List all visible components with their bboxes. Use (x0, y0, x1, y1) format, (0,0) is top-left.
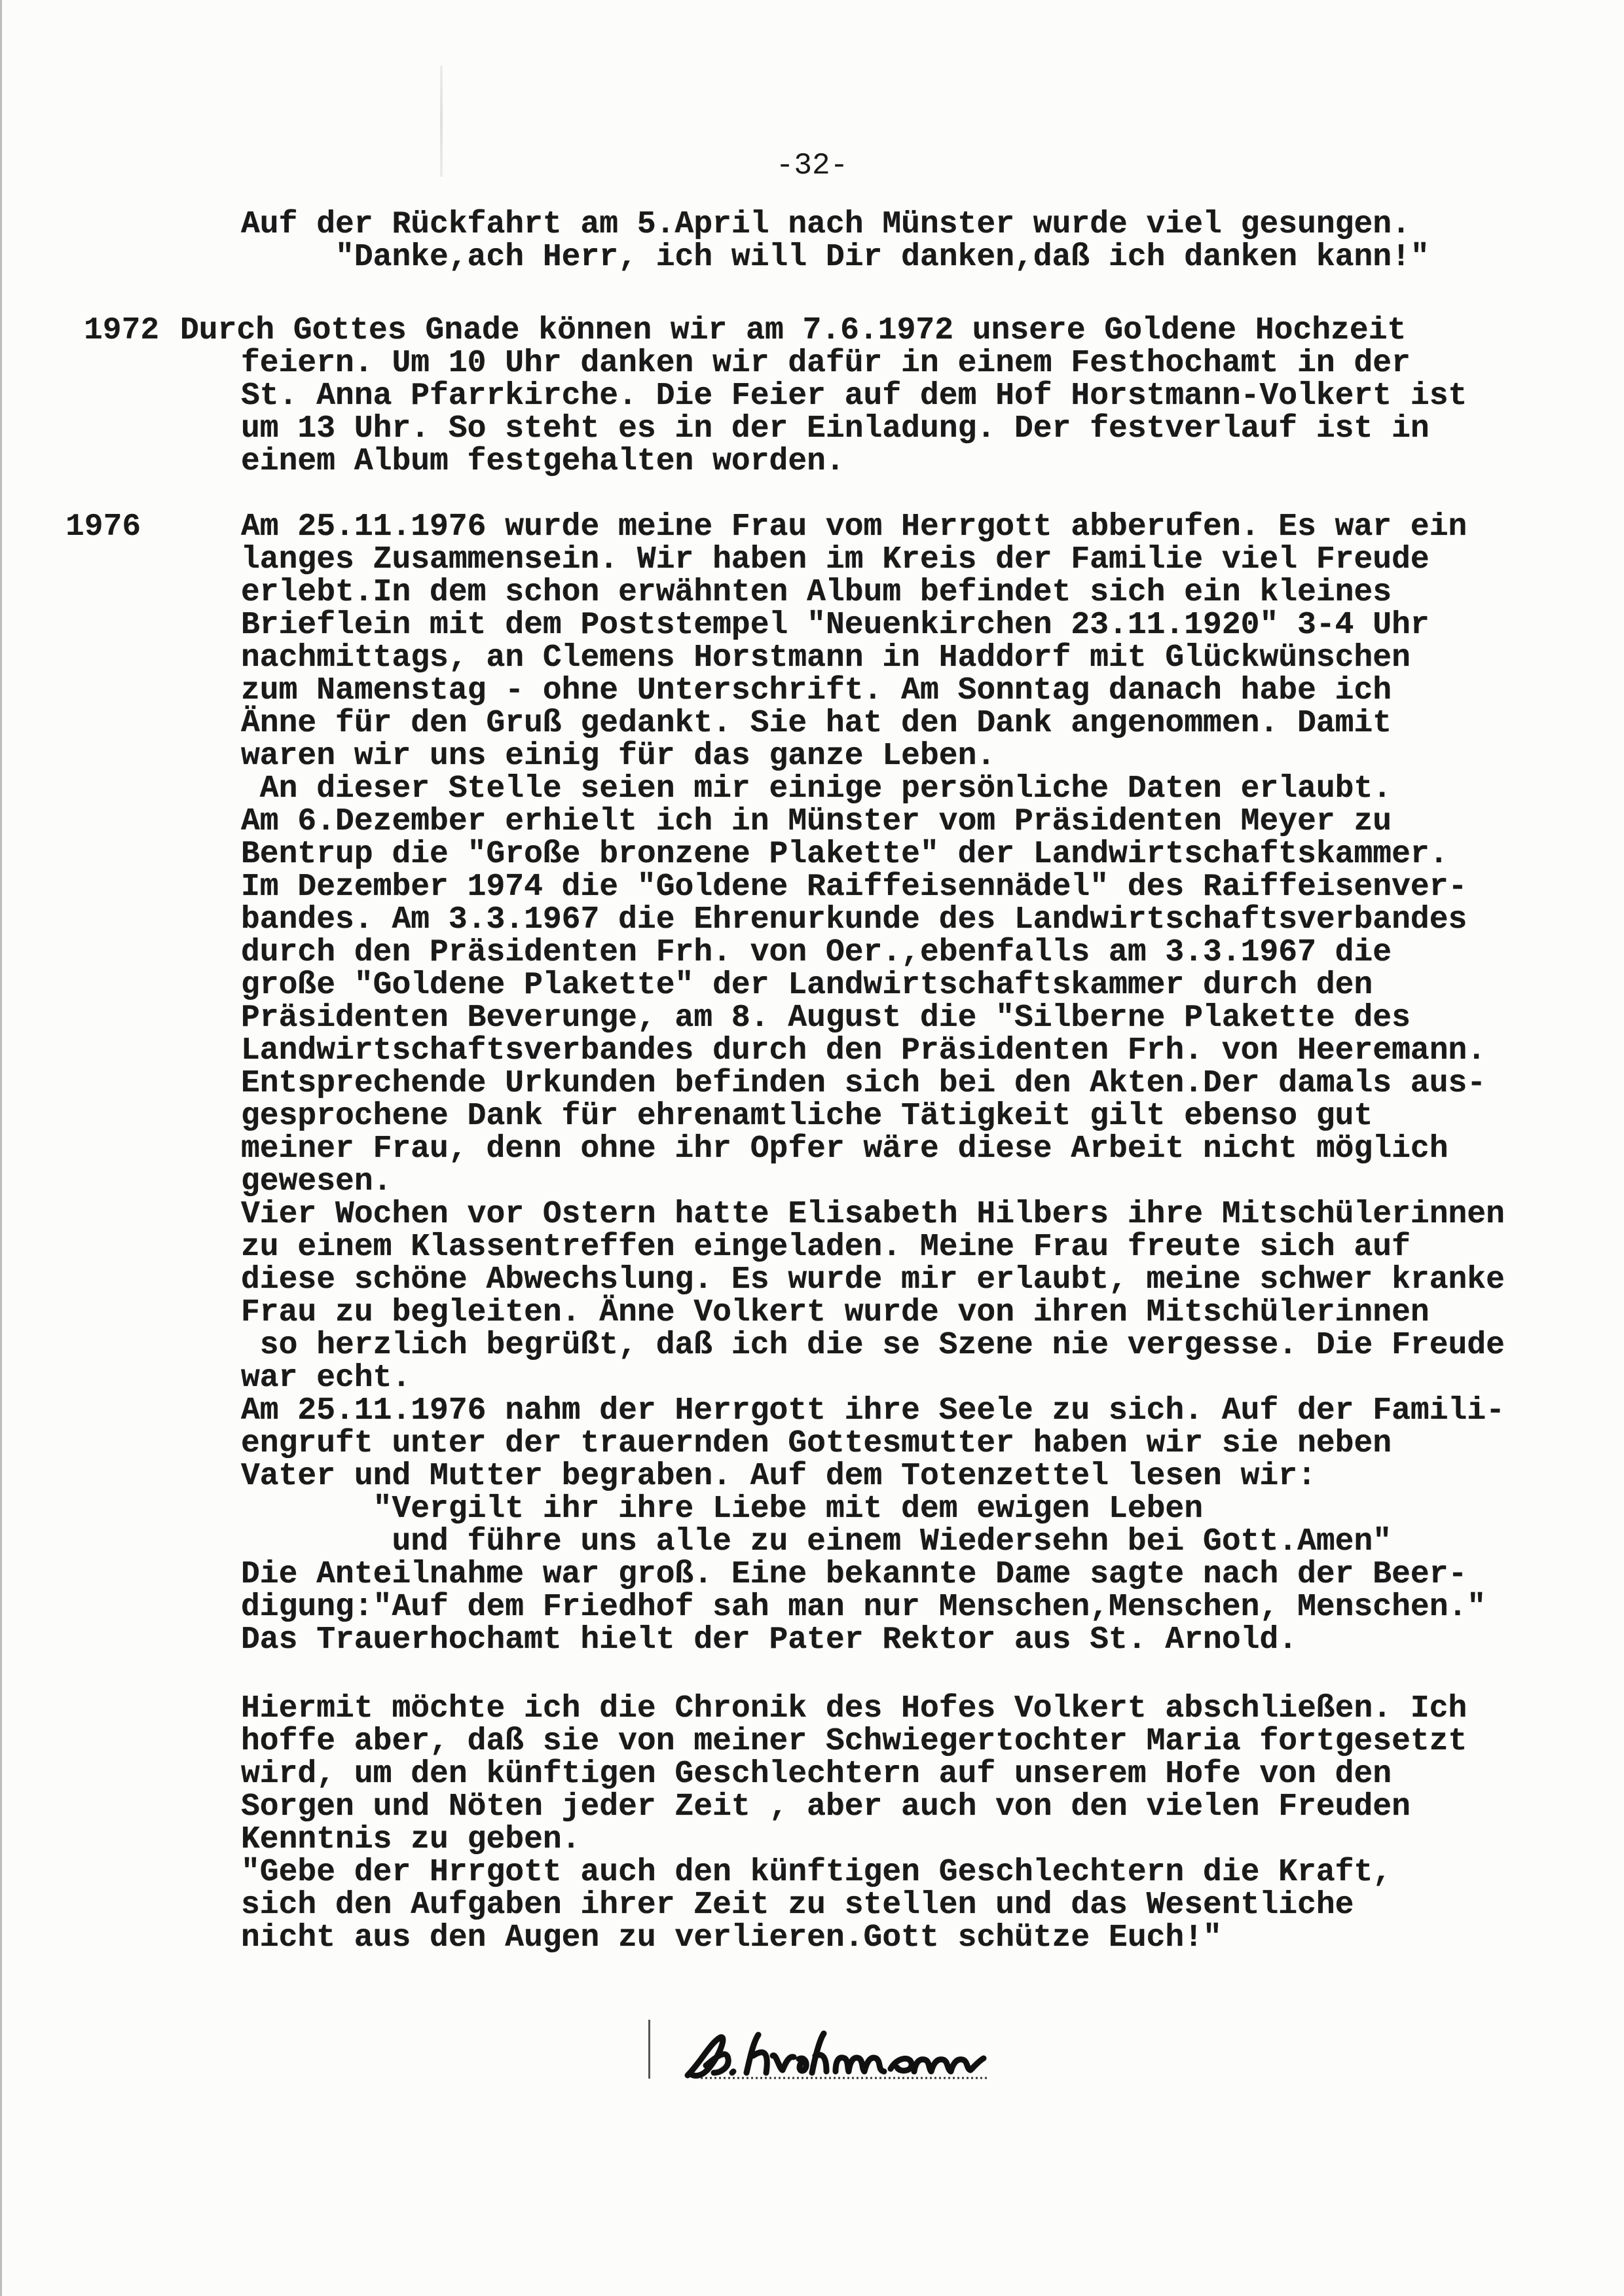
entry-1976-line: zum Namenstag - ohne Unterschrift. Am So… (241, 674, 1392, 707)
entry-1976-line: Das Trauerhochamt hielt der Pater Rektor… (241, 1624, 1297, 1656)
entry-1976-line: Bentrup die "Große bronzene Plakette" de… (241, 838, 1449, 871)
closing-line: hoffe aber, daß sie von meiner Schwieger… (241, 1725, 1467, 1758)
entry-1976-line: Im Dezember 1974 die "Goldene Raiffeisen… (241, 871, 1467, 903)
handwritten-signature: Cl. Horstmann (681, 2030, 1074, 2082)
page-number: -32- (0, 149, 1624, 182)
intro-quote-line: "Danke,ach Herr, ich will Dir danken,daß… (241, 241, 1430, 274)
document-page: -32- Auf der Rückfahrt am 5.April nach M… (0, 0, 1624, 2296)
entry-1976-line: Am 25.11.1976 nahm der Herrgott ihre See… (241, 1394, 1505, 1427)
entry-1976-line: Frau zu begleiten. Änne Volkert wurde vo… (241, 1296, 1430, 1329)
entry-1976-line: große "Goldene Plakette" der Landwirtsch… (241, 969, 1373, 1002)
entry-1976-line: meiner Frau, denn ohne ihr Opfer wäre di… (241, 1133, 1449, 1165)
closing-blessing-line: "Gebe der Hrrgott auch den künftigen Ges… (241, 1856, 1392, 1889)
entry-1976-line: Am 6.Dezember erhielt ich in Münster vom… (241, 805, 1392, 838)
intro-line: Auf der Rückfahrt am 5.April nach Münste… (241, 208, 1411, 241)
year-label-1972: 1972 (84, 314, 159, 347)
entry-1976-line: gesprochene Dank für ehrenamtliche Tätig… (241, 1100, 1373, 1133)
entry-1976-line: Entsprechende Urkunden befinden sich bei… (241, 1067, 1486, 1100)
entry-1976-line: digung:"Auf dem Friedhof sah man nur Men… (241, 1591, 1486, 1624)
entry-1976-line: zu einem Klassentreffen eingeladen. Mein… (241, 1231, 1411, 1264)
entry-1976-line: Landwirtschaftsverbandes durch den Präsi… (241, 1034, 1486, 1067)
entry-1976-line: engruft unter der trauernden Gottesmutte… (241, 1427, 1392, 1460)
closing-line: Hiermit möchte ich die Chronik des Hofes… (241, 1692, 1467, 1725)
signature-margin-mark (648, 2020, 650, 2079)
entry-1976-line: Am 25.11.1976 wurde meine Frau vom Herrg… (241, 511, 1467, 543)
entry-1976-line: bandes. Am 3.3.1967 die Ehrenurkunde des… (241, 903, 1467, 936)
entry-1976-line: Änne für den Gruß gedankt. Sie hat den D… (241, 707, 1392, 740)
entry-1976-line: waren wir uns einig für das ganze Leben. (241, 740, 995, 773)
closing-line: wird, um den künftigen Geschlechtern auf… (241, 1758, 1392, 1791)
entry-1972-line: feiern. Um 10 Uhr danken wir dafür in ei… (241, 347, 1411, 380)
entry-1972-line: einem Album festgehalten worden. (241, 445, 845, 478)
entry-1976-line: Vier Wochen vor Ostern hatte Elisabeth H… (241, 1198, 1505, 1231)
scan-edge (0, 0, 2, 2296)
entry-1972-line: St. Anna Pfarrkirche. Die Feier auf dem … (241, 380, 1467, 412)
entry-1976-line: diese schöne Abwechslung. Es wurde mir e… (241, 1264, 1505, 1296)
entry-1976-line: so herzlich begrüßt, daß ich die se Szen… (241, 1329, 1505, 1362)
entry-1972-line: um 13 Uhr. So steht es in der Einladung.… (241, 412, 1430, 445)
epitaph-line: und führe uns alle zu einem Wiedersehn b… (241, 1525, 1392, 1558)
entry-1976-line: gewesen. (241, 1165, 392, 1198)
epitaph-line: "Vergilt ihr ihre Liebe mit dem ewigen L… (241, 1493, 1203, 1525)
closing-blessing-line: sich den Aufgaben ihrer Zeit zu stellen … (241, 1889, 1354, 1922)
closing-blessing-line: nicht aus den Augen zu verlieren.Gott sc… (241, 1922, 1222, 1954)
entry-1976-line: nachmittags, an Clemens Horstmann in Had… (241, 642, 1411, 674)
entry-1976-line: An dieser Stelle seien mir einige persön… (241, 773, 1392, 805)
entry-1976-line: langes Zusammensein. Wir haben im Kreis … (241, 543, 1430, 576)
closing-line: Kenntnis zu geben. (241, 1823, 580, 1856)
closing-line: Sorgen und Nöten jeder Zeit , aber auch … (241, 1791, 1411, 1823)
entry-1976-line: Vater und Mutter begraben. Auf dem Toten… (241, 1460, 1316, 1493)
entry-1976-line: war echt. (241, 1362, 411, 1394)
entry-1976-line: Die Anteilnahme war groß. Eine bekannte … (241, 1558, 1467, 1591)
entry-1976-line: Präsidenten Beverunge, am 8. August die … (241, 1002, 1411, 1034)
entry-1976-line: durch den Präsidenten Frh. von Oer.,eben… (241, 936, 1392, 969)
year-label-1976: 1976 (65, 511, 141, 543)
entry-1976-line: Brieflein mit dem Poststempel "Neuenkirc… (241, 609, 1430, 642)
entry-1972-line: Durch Gottes Gnade können wir am 7.6.197… (180, 314, 1406, 347)
entry-1976-line: erlebt.In dem schon erwähnten Album befi… (241, 576, 1392, 609)
